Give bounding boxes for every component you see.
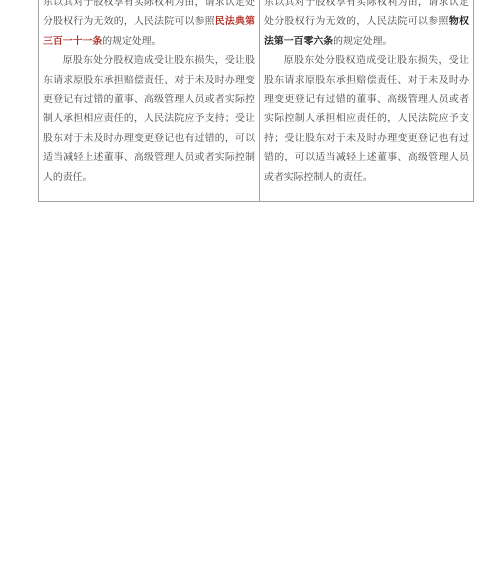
paragraph: 东以其对于股权享有实际权利为由，请求认定处分股权行为无效的，人民法院可以参照民法… [43, 0, 255, 51]
paragraph: 东以其对于股权享有实际权利为由，请求认定处分股权行为无效的，人民法院可以参照物权… [264, 0, 469, 51]
text-run: 东以其对于股权享有实际权利为由，请求认定处分股权行为无效的，人民法院可以参照 [264, 0, 469, 27]
table-cell-right: 东以其对于股权享有实际权利为由，请求认定处分股权行为无效的，人民法院可以参照物权… [260, 0, 474, 202]
table-body: 东以其对于股权享有实际权利为由，请求认定处分股权行为无效的，人民法院可以参照民法… [39, 0, 474, 202]
text-run: 原股东处分股权造成受让股东损失，受让股东请求原股东承担赔偿责任、对于未及时办理变… [264, 55, 469, 182]
table-cell-left: 东以其对于股权享有实际权利为由，请求认定处分股权行为无效的，人民法院可以参照民法… [39, 0, 260, 202]
document-page: 东以其对于股权享有实际权利为由，请求认定处分股权行为无效的，人民法院可以参照民法… [0, 0, 500, 565]
paragraph: 原股东处分股权造成受让股东损失，受让股东请求原股东承担赔偿责任、对于未及时办理变… [43, 51, 255, 187]
text-run: 原股东处分股权造成受让股东损失，受让股东请求原股东承担赔偿责任、对于未及时办理变… [43, 55, 255, 182]
right-column-text: 东以其对于股权享有实际权利为由，请求认定处分股权行为无效的，人民法院可以参照物权… [264, 0, 469, 187]
table-row: 东以其对于股权享有实际权利为由，请求认定处分股权行为无效的，人民法院可以参照民法… [39, 0, 474, 202]
paragraph: 原股东处分股权造成受让股东损失，受让股东请求原股东承担赔偿责任、对于未及时办理变… [264, 51, 469, 187]
text-run: 的规定处理。 [102, 36, 161, 47]
legal-comparison-table: 东以其对于股权享有实际权利为由，请求认定处分股权行为无效的，人民法院可以参照民法… [38, 0, 474, 202]
text-run: 的规定处理。 [333, 36, 392, 47]
left-column-text: 东以其对于股权享有实际权利为由，请求认定处分股权行为无效的，人民法院可以参照民法… [43, 0, 255, 187]
